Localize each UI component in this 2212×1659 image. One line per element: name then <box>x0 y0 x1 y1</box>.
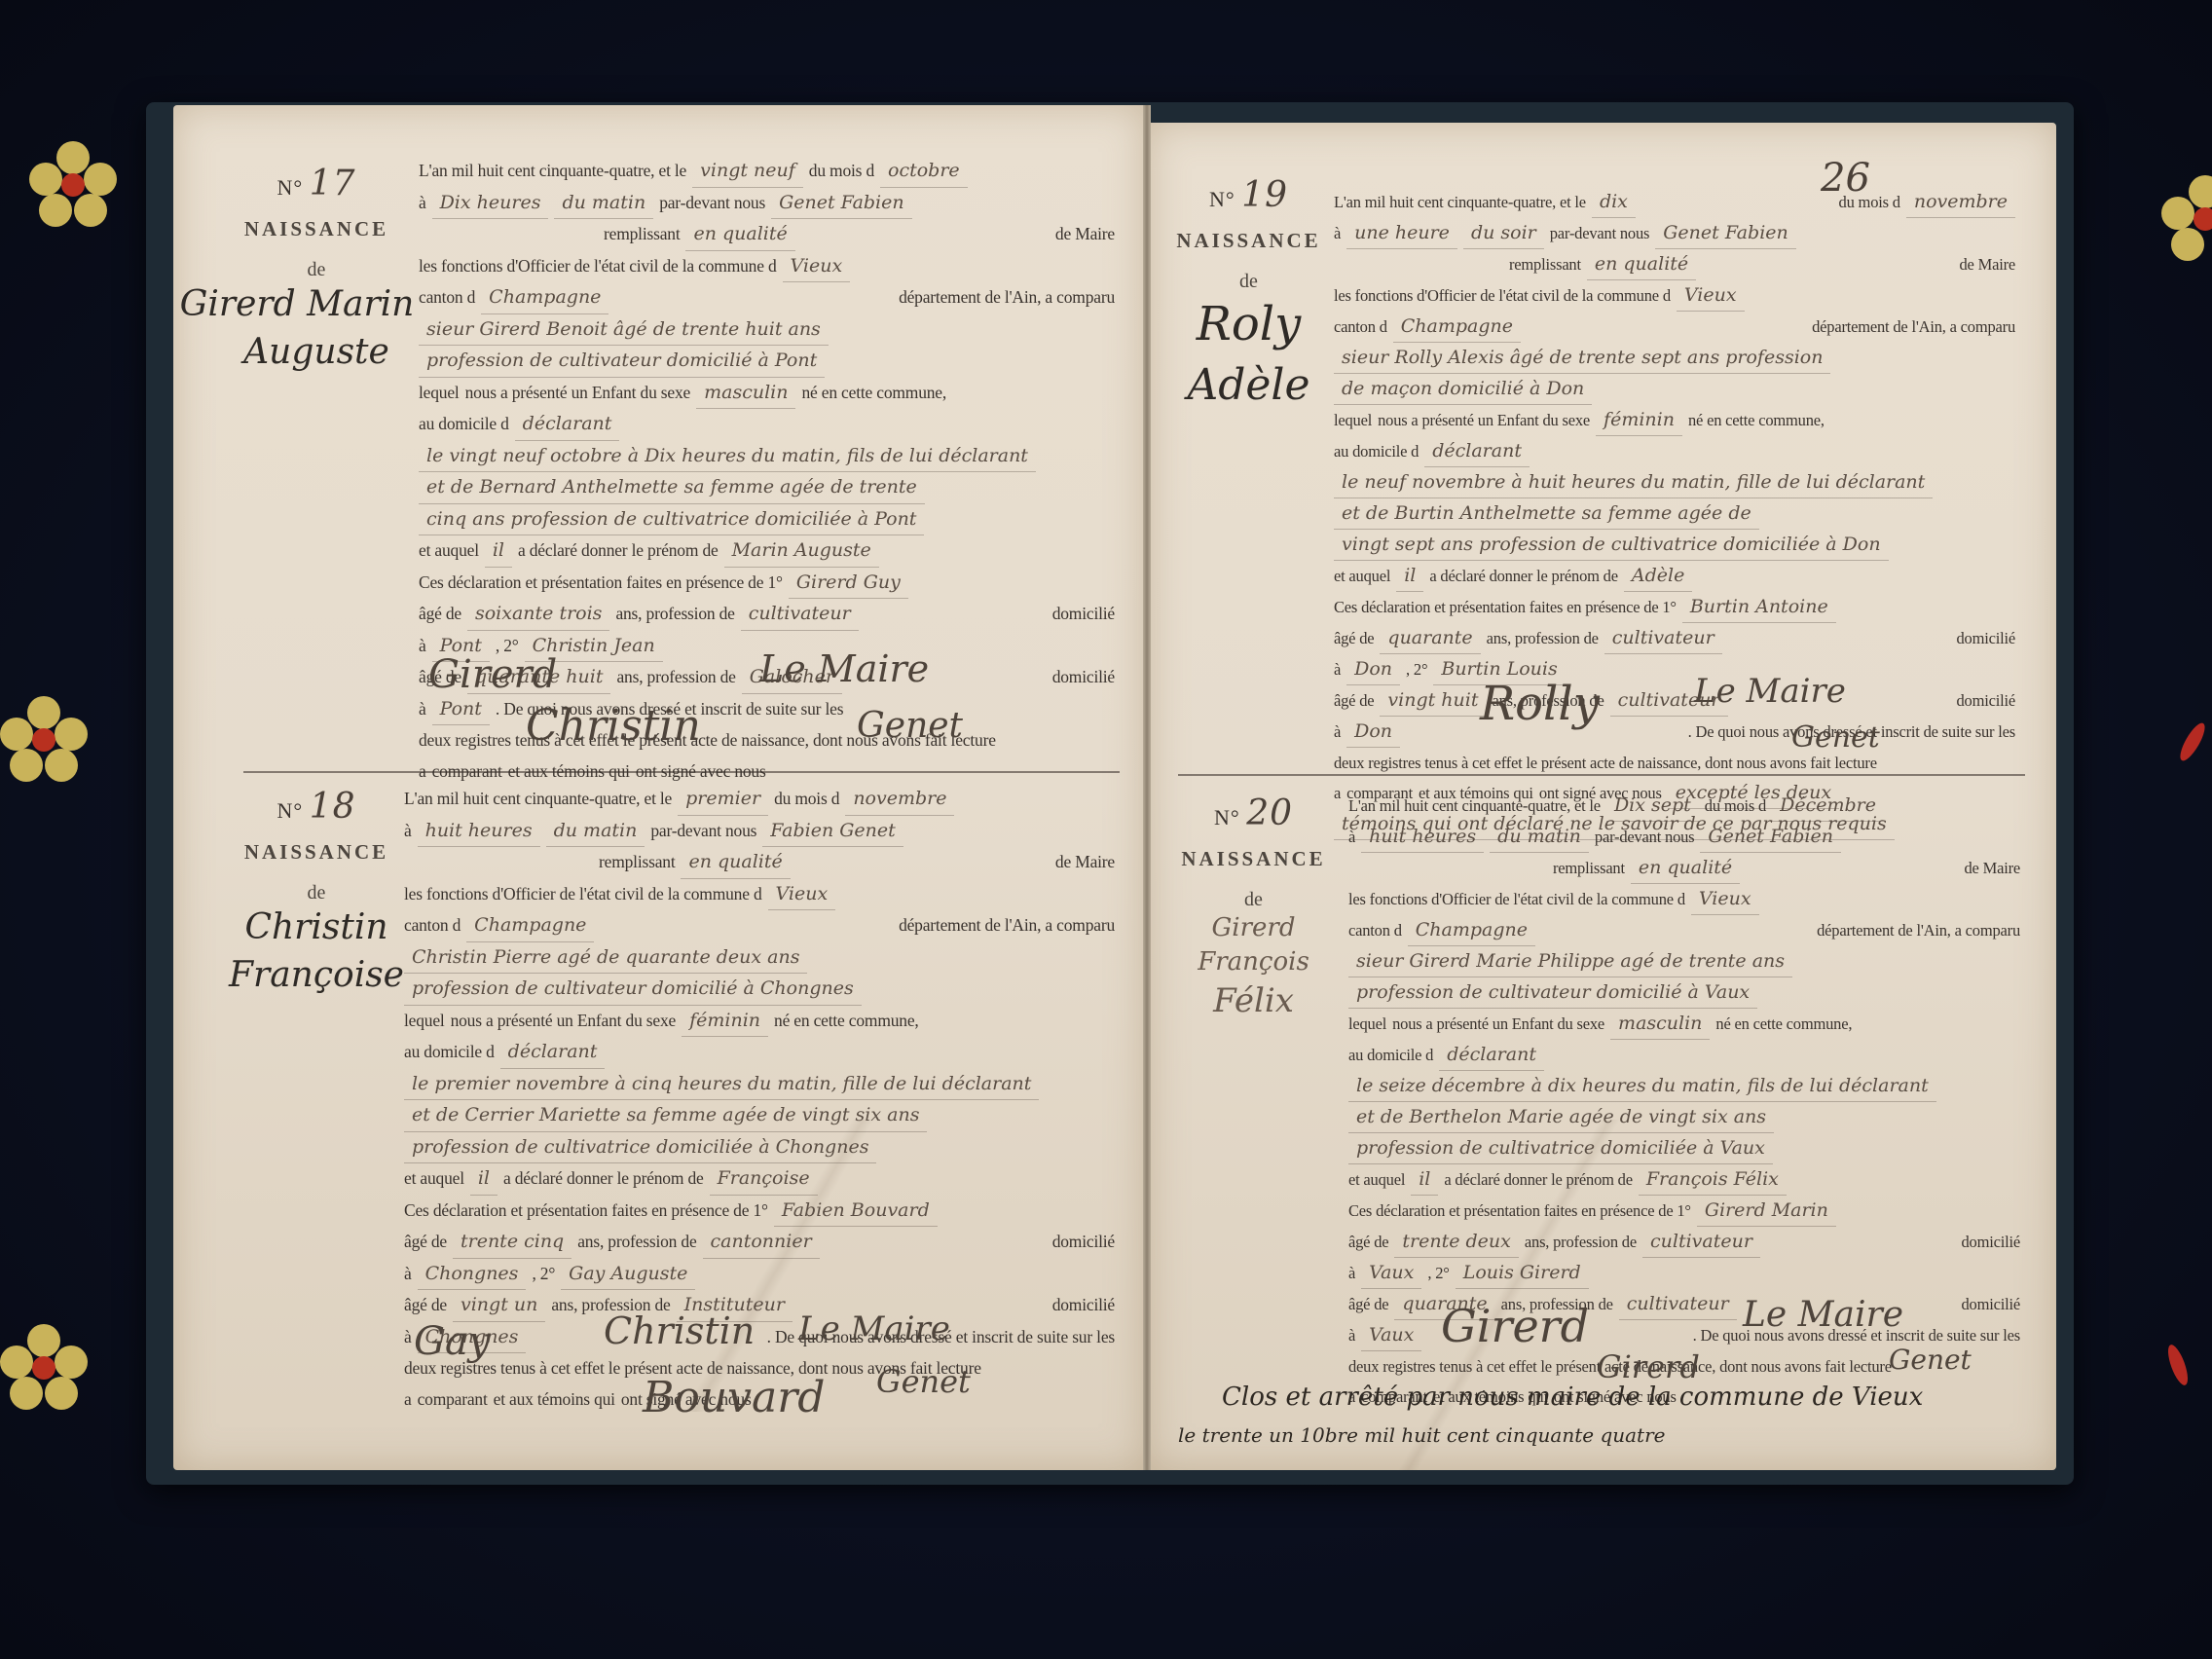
handwritten-entry: cinq ans profession de cultivatrice domi… <box>419 504 924 536</box>
given-name: Françoise <box>710 1163 818 1196</box>
text-line: et auquelila déclaré donner le prénom de… <box>1334 561 2015 592</box>
handwritten-entry: du matin <box>546 816 645 848</box>
printed-text: domicilié <box>1956 685 2015 716</box>
handwritten-entry: trente cinq <box>453 1227 571 1259</box>
decoration: Maire <box>1075 852 1115 871</box>
text-line: et auquelila déclaré donner le prénom de… <box>1348 1164 2020 1196</box>
given-name: Adèle <box>1624 561 1692 592</box>
text-line: àChongnes. De quoi nous avons dressé et … <box>404 1322 1115 1354</box>
printed-text: ans, profession de <box>577 1227 696 1258</box>
printed-text: et auquel <box>419 535 479 567</box>
printed-text: du mois d <box>1839 187 1900 217</box>
printed-text: et auquel <box>1348 1164 1405 1195</box>
child-given-name: Auguste <box>209 329 424 377</box>
decoration <box>2161 197 2194 230</box>
text-line: les fonctions d'Officier de l'état civil… <box>419 251 1115 283</box>
handwritten-entry: Don <box>1346 654 1400 685</box>
handwritten-entry: du soir <box>1463 218 1544 249</box>
printed-text: Ces déclaration et présentation faites e… <box>404 1196 768 1227</box>
handwritten-entry: il <box>485 535 512 568</box>
sex: masculin <box>1610 1009 1710 1040</box>
printed-text: L'an mil huit cent cinquante-quatre, et … <box>1348 791 1601 821</box>
handwritten-entry: trente deux <box>1394 1227 1518 1258</box>
printed-text: âgé de <box>404 1290 447 1321</box>
printed-text: à <box>419 188 426 219</box>
decoration <box>55 718 88 751</box>
text-line: le premier novembre à cinq heures du mat… <box>404 1069 1115 1101</box>
printed-text: canton d <box>1334 312 1387 342</box>
signature: Gay <box>414 1319 490 1364</box>
printed-text: né en cette commune, <box>1715 1009 1852 1039</box>
decoration <box>10 1377 43 1410</box>
printed-text: a déclaré donner le prénom de <box>1429 561 1617 591</box>
canton: Champagne <box>1393 312 1521 343</box>
handwritten-entry: Dix heures <box>432 188 549 220</box>
handwritten-entry: le seize décembre à dix heures du matin,… <box>1348 1071 1936 1102</box>
handwritten-entry: vingt un <box>453 1290 545 1322</box>
text-line: de maçon domicilié à Don <box>1334 374 2015 405</box>
printed-text: a déclaré donner le prénom de <box>518 535 719 567</box>
printed-text: ans, profession de <box>615 599 734 630</box>
signature: Le Maire <box>759 647 929 690</box>
witness-2: Gay Auguste <box>561 1259 695 1291</box>
printed-text: à <box>404 816 412 847</box>
printed-text: domicilié <box>1961 1289 2020 1319</box>
decoration: de <box>1163 271 1334 293</box>
decoration: N° <box>1214 805 1240 829</box>
declarant: sieur Girerd Benoit âgé de trente huit a… <box>419 314 829 347</box>
embroidered-flower-decoration <box>2176 720 2212 808</box>
text-line: âgé detrente deuxans, profession deculti… <box>1348 1227 2020 1258</box>
text-line: et de Burtin Anthelmette sa femme agée d… <box>1334 498 2015 530</box>
decoration <box>55 1346 88 1379</box>
text-line: âgé detrente cinqans, profession decanto… <box>404 1227 1115 1259</box>
printed-text: Ces déclaration et présentation faites e… <box>1348 1196 1691 1226</box>
text-line: âgé desoixante troisans, profession decu… <box>419 599 1115 631</box>
officer-name: Genet Fabien <box>1700 822 1841 853</box>
embroidered-flower-decoration <box>0 696 88 784</box>
text-line: profession de cultivatrice domiciliée à … <box>1348 1133 2020 1164</box>
handwritten-entry: déclarant <box>1439 1040 1544 1071</box>
text-line: L'an mil huit cent cinquante-quatre, et … <box>1334 187 2015 218</box>
printed-text: du mois d <box>1705 791 1766 821</box>
printed-text: canton d <box>419 282 475 313</box>
handwritten-entry: déclarant <box>500 1037 606 1069</box>
text-line: les fonctions d'Officier de l'état civil… <box>404 879 1115 911</box>
printed-text: nous a présenté un Enfant du sexe <box>1378 405 1590 435</box>
record-type-label: NAISSANCE <box>209 217 424 241</box>
decoration <box>39 194 72 227</box>
witness-1: Fabien Bouvard <box>774 1196 938 1228</box>
printed-text: à <box>1348 822 1355 852</box>
text-line: acomparantet aux témoins quiont signé av… <box>419 756 1115 788</box>
text-line: le vingt neuf octobre à Dix heures du ma… <box>419 441 1115 473</box>
printed-text: au domicile d <box>404 1037 495 1068</box>
text-line: L'an mil huit cent cinquante-quatre, et … <box>1348 791 2020 822</box>
printed-text: lequel <box>419 378 460 409</box>
decoration: Maire <box>1075 224 1115 243</box>
book-spine <box>1143 105 1151 1470</box>
canton: Champagne <box>481 282 608 314</box>
handwritten-entry: il <box>470 1163 498 1196</box>
printed-text: par-devant nous <box>1595 822 1695 852</box>
signature: Girerd <box>428 652 557 697</box>
text-line: profession de cultivatrice domiciliée à … <box>404 1132 1115 1164</box>
decoration: 17 <box>310 164 356 203</box>
record-number: 18 <box>310 787 356 827</box>
printed-text: canton d <box>404 910 461 941</box>
embroidered-flower-decoration <box>0 1324 88 1412</box>
printed-text: nous a présenté un Enfant du sexe <box>1392 1009 1604 1039</box>
printed-text: et auquel <box>1334 561 1390 591</box>
commune: Vieux <box>768 879 836 911</box>
text-line: profession de cultivateur domicilié à Po… <box>419 346 1115 378</box>
decoration <box>2164 1343 2192 1387</box>
record-margin: N° 18 NAISSANCE de Christin Françoise <box>209 787 424 999</box>
handwritten-entry: cantonnier <box>703 1227 820 1259</box>
decoration: de <box>209 882 424 904</box>
decoration <box>29 163 62 196</box>
printed-text: ont signé avec nous <box>636 756 766 788</box>
text-line: àDon. De quoi nous avons dressé et inscr… <box>1334 717 2015 748</box>
printed-text: par-devant nous <box>650 816 756 847</box>
text-line: et de Bernard Anthelmette sa femme agée … <box>419 472 1115 504</box>
decoration: d <box>1964 859 1972 877</box>
day: Dix sept <box>1606 791 1699 822</box>
child-surname: Girerd François <box>1168 911 1339 979</box>
decoration <box>10 749 43 782</box>
printed-text: de Maire <box>1055 847 1115 878</box>
handwritten-entry: cultivateur <box>1619 1289 1737 1320</box>
decoration <box>45 749 78 782</box>
handwritten-entry: le vingt neuf octobre à Dix heures du ma… <box>419 441 1036 473</box>
commune: Vieux <box>783 251 851 283</box>
printed-text: les fonctions d'Officier de l'état civil… <box>404 879 762 910</box>
decoration <box>84 163 117 196</box>
decoration <box>0 718 33 751</box>
text-line: âgé devingt huitans, profession decultiv… <box>1334 685 2015 717</box>
signature: Christin <box>526 701 701 751</box>
handwritten-entry: Chongnes <box>418 1259 527 1291</box>
officer-name: Genet Fabien <box>771 188 912 220</box>
printed-text: domicilié <box>1961 1227 2020 1257</box>
month: Décembre <box>1772 791 1884 822</box>
printed-text: et aux témoins qui <box>494 1384 615 1416</box>
signature: Genet <box>876 1363 971 1400</box>
decoration <box>2189 175 2212 208</box>
printed-text: a déclaré donner le prénom de <box>503 1163 704 1195</box>
handwritten-entry: en qualité <box>1587 249 1696 280</box>
printed-text: lequel <box>1348 1009 1386 1039</box>
text-line: remplissanten qualitéde Maire <box>1334 249 2015 280</box>
text-line: lequelnous a présenté un Enfant du sexef… <box>1334 405 2015 436</box>
printed-text: ans, profession de <box>1487 623 1599 653</box>
printed-text: par-devant nous <box>1550 218 1650 248</box>
declarant: Christin Pierre agé de quarante deux ans <box>404 942 807 975</box>
printed-text: et aux témoins qui <box>508 756 630 788</box>
signature: Rolly <box>1480 677 1600 731</box>
record-number: N° 17 <box>209 164 424 203</box>
printed-text: L'an mil huit cent cinquante-quatre, et … <box>1334 187 1586 217</box>
handwritten-entry: Don <box>1346 717 1400 748</box>
text-line: remplissanten qualitéde Maire <box>419 219 1115 251</box>
printed-text: du mois d <box>774 784 839 815</box>
record-number: 19 <box>1241 175 1288 215</box>
handwritten-entry: de maçon domicilié à Don <box>1334 374 1592 405</box>
signature: Le Maire <box>1743 1295 1903 1335</box>
de-label: de <box>209 259 424 281</box>
printed-text: né en cette commune, <box>1688 405 1825 435</box>
text-line: remplissanten qualitéde Maire <box>404 847 1115 879</box>
printed-text: âgé de <box>1334 623 1374 653</box>
register-closing-line-2: le trente un 10bre mil huit cent cinquan… <box>1178 1423 1665 1447</box>
text-line: profession de cultivateur domicilié à Va… <box>1348 977 2020 1009</box>
decoration <box>2176 719 2209 763</box>
printed-text: ans, profession de <box>1525 1227 1637 1257</box>
text-line: àDon, 2°Burtin Louis <box>1334 654 2015 685</box>
day: premier <box>678 784 768 816</box>
decoration: N° 18 <box>209 787 424 827</box>
printed-text: à <box>404 1259 412 1290</box>
text-line: sieur Girerd Marie Philippe agé de trent… <box>1348 946 2020 977</box>
text-line: remplissanten qualitéde Maire <box>1348 853 2020 884</box>
signature: Bouvard <box>643 1373 825 1422</box>
text-line: Christin Pierre agé de quarante deux ans <box>404 942 1115 975</box>
printed-text: domicilié <box>1052 1227 1115 1258</box>
printed-text: , 2° <box>1427 1258 1449 1288</box>
day: dix <box>1592 187 1636 218</box>
decoration <box>2194 207 2212 231</box>
printed-text: les fonctions d'Officier de l'état civil… <box>419 251 777 282</box>
child-given-name: Adèle <box>1163 356 1334 414</box>
printed-text: a déclaré donner le prénom de <box>1444 1164 1632 1195</box>
printed-text: remplissant <box>599 847 675 878</box>
printed-text: à <box>419 631 426 662</box>
printed-text: les fonctions d'Officier de l'état civil… <box>1348 884 1685 914</box>
printed-text: de Maire <box>1055 219 1115 250</box>
month: novembre <box>845 784 954 816</box>
printed-text: les fonctions d'Officier de l'état civil… <box>1334 280 1671 311</box>
printed-text: remplissant <box>1553 853 1625 883</box>
printed-text: à <box>1334 717 1341 747</box>
text-line: profession de cultivateur domicilié à Ch… <box>404 974 1115 1006</box>
declarant: sieur Rolly Alexis âgé de trente sept an… <box>1334 343 1830 374</box>
printed-text: canton d <box>1348 915 1402 945</box>
text-line: Ces déclaration et présentation faites e… <box>404 1196 1115 1228</box>
text-line: et auquelila déclaré donner le prénom de… <box>419 535 1115 568</box>
handwritten-entry: et de Burtin Anthelmette sa femme agée d… <box>1334 498 1759 530</box>
printed-text: nous a présenté un Enfant du sexe <box>465 378 691 409</box>
printed-text: de Maire <box>1964 853 2020 883</box>
record-type-label: NAISSANCE <box>1168 847 1339 871</box>
decoration: d <box>1959 255 1967 274</box>
printed-text: département de l'Ain, a comparu <box>899 282 1115 313</box>
text-line: àhuit heuresdu matinpar-devant nousFabie… <box>404 816 1115 848</box>
signature: Girerd <box>1597 1348 1700 1385</box>
printed-text: et auquel <box>404 1163 464 1195</box>
sex: féminin <box>1596 405 1682 436</box>
handwritten-entry: en qualité <box>681 847 790 879</box>
printed-text: par-devant nous <box>659 188 765 219</box>
handwritten-entry: vingt huit <box>1380 685 1486 717</box>
printed-text: à <box>419 694 426 725</box>
text-line: au domicile ddéclarant <box>1334 436 2015 467</box>
printed-text: remplissant <box>604 219 680 250</box>
printed-text: domicilié <box>1052 599 1115 630</box>
text-line: àPont. De quoi nous avons dressé et insc… <box>419 694 1115 726</box>
handwritten-entry: profession de cultivateur domicilié à Ch… <box>404 974 862 1006</box>
handwritten-entry: et de Cerrier Mariette sa femme agée de … <box>404 1100 927 1132</box>
handwritten-entry: Vaux <box>1361 1320 1421 1351</box>
text-line: Ces déclaration et présentation faites e… <box>419 568 1115 600</box>
handwritten-entry: et de Bernard Anthelmette sa femme agée … <box>419 472 925 504</box>
officer-name: Genet Fabien <box>1655 218 1796 249</box>
text-line: au domicile ddéclarant <box>1348 1040 2020 1071</box>
text-line: vingt sept ans profession de cultivatric… <box>1334 530 2015 561</box>
embroidered-flower-decoration <box>2142 1344 2212 1431</box>
month: novembre <box>1906 187 2015 218</box>
printed-text: au domicile d <box>419 409 509 440</box>
printed-text: âgé de <box>1334 685 1374 716</box>
text-line: canton dChampagnedépartement de l'Ain, a… <box>404 910 1115 942</box>
handwritten-entry: cultivateur <box>741 599 859 631</box>
decoration: d <box>1055 224 1064 243</box>
decoration: N° 19 <box>1163 175 1334 215</box>
record-margin: N° 19 NAISSANCE de Roly Adèle <box>1163 175 1334 414</box>
printed-text: domicilié <box>1956 623 2015 653</box>
handwritten-entry: une heure <box>1346 218 1457 249</box>
printed-text: comparant <box>418 1384 488 1416</box>
text-line: les fonctions d'Officier de l'état civil… <box>1334 280 2015 312</box>
sex: masculin <box>696 378 795 410</box>
signature: Christin <box>604 1309 755 1352</box>
decoration <box>2171 228 2204 261</box>
witness-1: Girerd Marin <box>1697 1196 1836 1227</box>
handwritten-entry: huit heures <box>418 816 540 848</box>
printed-text: du mois d <box>809 156 874 187</box>
text-line: àDix heuresdu matinpar-devant nousGenet … <box>419 188 1115 220</box>
printed-text: comparant <box>432 756 502 788</box>
text-line: au domicile ddéclarant <box>404 1037 1115 1069</box>
decoration: N° 20 <box>1168 793 1339 833</box>
day: vingt neuf <box>692 156 803 188</box>
printed-text: au domicile d <box>1334 436 1419 466</box>
signature: Genet <box>1791 720 1880 755</box>
handwritten-entry: soixante trois <box>467 599 609 631</box>
text-line: canton dChampagnedépartement de l'Ain, a… <box>1348 915 2020 946</box>
record-number: 20 <box>1246 793 1293 833</box>
decoration <box>56 141 90 174</box>
signature: Girerd <box>1441 1300 1589 1352</box>
decoration <box>32 728 55 752</box>
printed-text: remplissant <box>1509 249 1581 279</box>
printed-text: département de l'Ain, a comparu <box>1817 915 2020 945</box>
handwritten-entry: déclarant <box>1424 436 1530 467</box>
text-line: deux registres tenus à cet effet le prés… <box>419 725 1115 756</box>
handwritten-entry: il <box>1396 561 1423 592</box>
decoration <box>27 696 60 729</box>
record-type-label: NAISSANCE <box>209 840 424 865</box>
text-line: L'an mil huit cent cinquante-quatre, et … <box>419 156 1115 188</box>
printed-text: a <box>404 1384 412 1416</box>
handwritten-entry: du matin <box>1490 822 1589 853</box>
printed-text: à <box>1348 1320 1355 1350</box>
canton: Champagne <box>466 910 594 942</box>
text-line: et de Cerrier Mariette sa femme agée de … <box>404 1100 1115 1132</box>
text-line: àune heuredu soirpar-devant nousGenet Fa… <box>1334 218 2015 249</box>
text-line: âgé dequaranteans, profession decultivat… <box>1334 623 2015 654</box>
commune: Vieux <box>1677 280 1745 312</box>
printed-text: domicilié <box>1052 1290 1115 1321</box>
handwritten-entry: et de Berthelon Marie agée de vingt six … <box>1348 1102 1774 1133</box>
decoration: d <box>1055 852 1064 871</box>
record-type-label: NAISSANCE <box>1163 229 1334 253</box>
handwritten-entry: en qualité <box>1631 853 1740 884</box>
text-line: âgé devingt unans, profession deInstitut… <box>404 1290 1115 1322</box>
given-name: François Félix <box>1639 1164 1787 1196</box>
decoration <box>45 1377 78 1410</box>
given-name: Marin Auguste <box>724 535 879 568</box>
text-line: lequelnous a présenté un Enfant du sexem… <box>1348 1009 2020 1040</box>
officer-name: Fabien Genet <box>762 816 903 848</box>
printed-text: âgé de <box>404 1227 447 1258</box>
decoration: Maire <box>1978 255 2015 274</box>
text-line: lequelnous a présenté un Enfant du sexef… <box>404 1006 1115 1038</box>
printed-text: né en cette commune, <box>801 378 946 409</box>
text-line: sieur Girerd Benoit âgé de trente huit a… <box>419 314 1115 347</box>
month: octobre <box>880 156 968 188</box>
printed-text: L'an mil huit cent cinquante-quatre, et … <box>419 156 686 187</box>
signature: Genet <box>857 706 963 746</box>
declarant: sieur Girerd Marie Philippe agé de trent… <box>1348 946 1792 977</box>
text-line: et auquelila déclaré donner le prénom de… <box>404 1163 1115 1196</box>
text-line: le neuf novembre à huit heures du matin,… <box>1334 467 2015 498</box>
decoration <box>61 173 85 197</box>
printed-text: nous a présenté un Enfant du sexe <box>451 1006 677 1037</box>
text-line: cinq ans profession de cultivatrice domi… <box>419 504 1115 536</box>
text-line: les fonctions d'Officier de l'état civil… <box>1348 884 2020 915</box>
signature: Le Maire <box>798 1309 950 1348</box>
decoration: N° <box>277 175 304 200</box>
printed-text: à <box>1348 1258 1355 1288</box>
canton: Champagne <box>1408 915 1535 946</box>
record-margin: N° 20 NAISSANCE de Girerd François Félix <box>1168 793 1339 1024</box>
decoration <box>27 1324 60 1357</box>
text-line: et de Berthelon Marie agée de vingt six … <box>1348 1102 2020 1133</box>
text-line: Ces déclaration et présentation faites e… <box>1348 1196 2020 1227</box>
handwritten-entry: profession de cultivatrice domiciliée à … <box>1348 1133 1773 1164</box>
handwritten-entry: du matin <box>554 188 653 220</box>
printed-text: Ces déclaration et présentation faites e… <box>419 568 783 599</box>
register-closing-line-1: Clos et arrêté par nous maire de la comm… <box>1222 1382 1923 1412</box>
text-line: au domicile ddéclarant <box>419 409 1115 441</box>
witness-1: Girerd Guy <box>789 568 908 600</box>
printed-text: âgé de <box>1348 1227 1388 1257</box>
text-line: àhuit heuresdu matinpar-devant nousGenet… <box>1348 822 2020 853</box>
printed-text: à <box>404 1322 412 1353</box>
witness-1: Burtin Antoine <box>1682 592 1836 623</box>
handwritten-entry: en qualité <box>685 219 794 251</box>
handwritten-entry: Pont <box>432 694 490 726</box>
sex: féminin <box>682 1006 768 1038</box>
decoration: de <box>1168 889 1339 911</box>
printed-text: au domicile d <box>1348 1040 1433 1070</box>
text-line: canton dChampagnedépartement de l'Ain, a… <box>1334 312 2015 343</box>
printed-text: âgé de <box>1348 1289 1388 1319</box>
text-line: àVaux, 2°Louis Girerd <box>1348 1258 2020 1289</box>
decoration <box>32 1356 55 1380</box>
printed-text: département de l'Ain, a comparu <box>899 910 1115 941</box>
